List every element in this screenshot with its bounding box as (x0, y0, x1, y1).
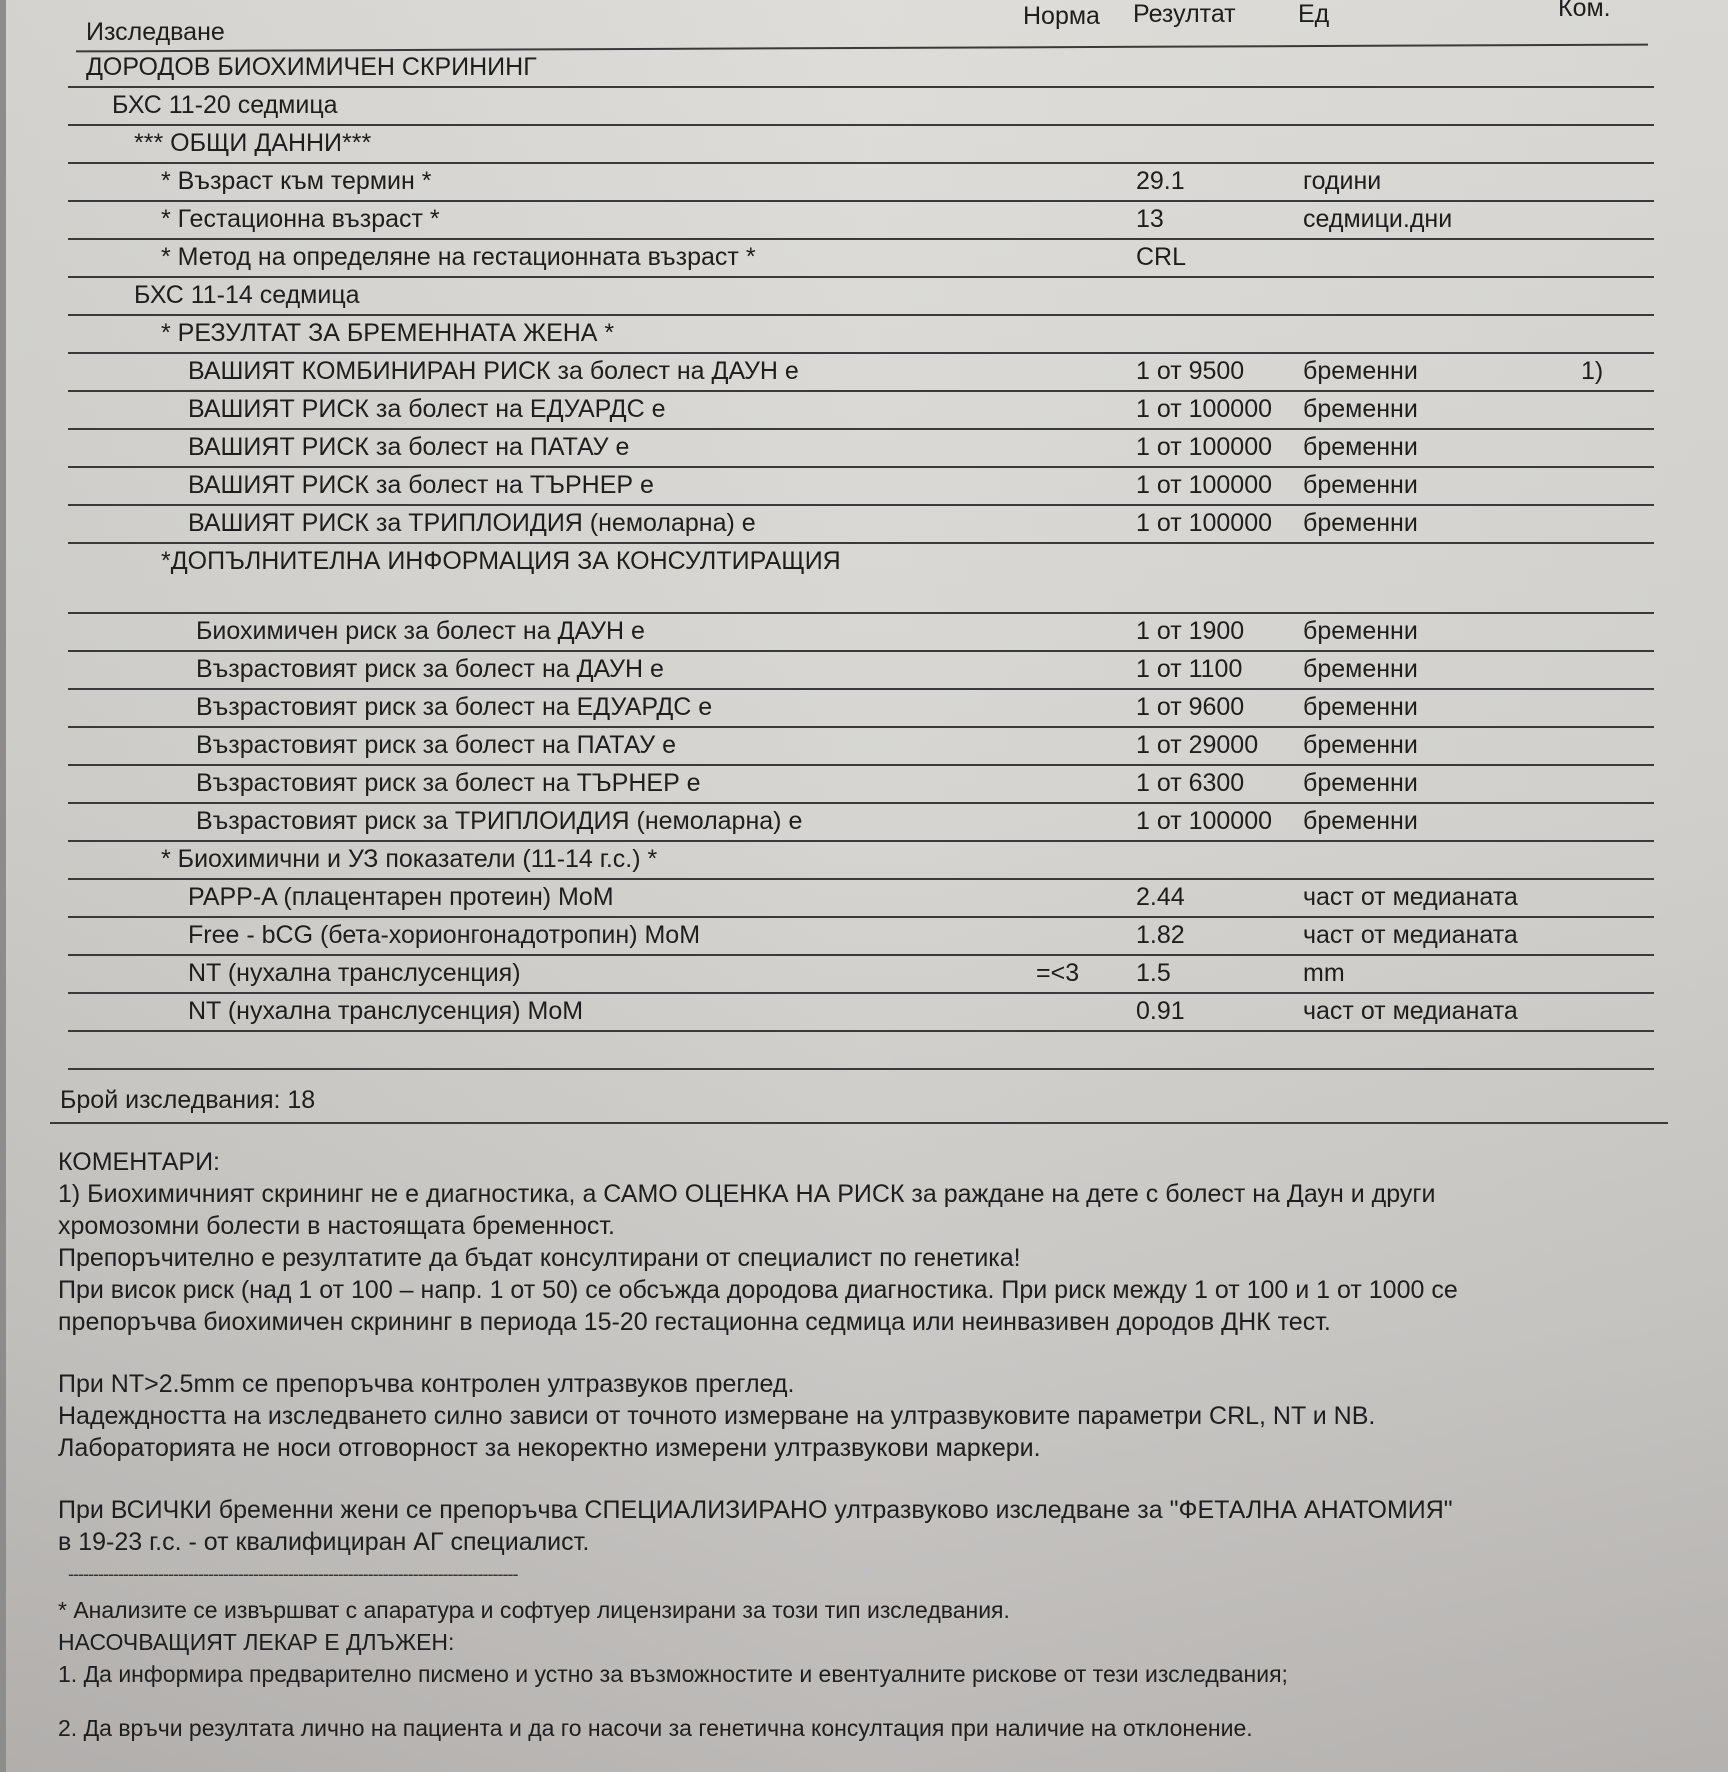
comments-section: КОМЕНТАРИ: 1) Биохимичният скрининг не е… (58, 1146, 1658, 1744)
row-result: 0.91 (1136, 997, 1185, 1026)
table-row: Free - bCG (бета-хорионгонадотропин) MoM… (6, 918, 1728, 956)
row-result: CRL (1136, 243, 1186, 272)
row-label: Възрастовият риск за болест на ПАТАУ е (196, 731, 676, 760)
row-label: Възрастовият риск за ТРИПЛОИДИЯ (немолар… (196, 807, 802, 836)
row-result: 1 от 1100 (1136, 655, 1242, 684)
row-comment: 1) (1581, 357, 1603, 386)
row-unit: бременни (1303, 395, 1418, 424)
row-label: ВАШИЯТ РИСК за ТРИПЛОИДИЯ (немоларна) е (188, 509, 756, 538)
row-norm: =<3 (1036, 959, 1079, 988)
table-row: *** ОБЩИ ДАННИ*** (6, 126, 1728, 164)
row-result: 1 от 9500 (1136, 357, 1244, 386)
col-header-norm: Норма (1023, 2, 1100, 31)
count-divider (50, 1122, 1668, 1124)
comment-line: НАСОЧВАЩИЯТ ЛЕКАР Е ДЛЪЖЕН: (58, 1626, 1658, 1658)
table-row: Възрастовият риск за ТРИПЛОИДИЯ (немолар… (6, 804, 1728, 842)
table-row: Възрастовият риск за болест на ЕДУАРДС е… (6, 690, 1728, 728)
row-label: * Възраст към термин * (161, 167, 431, 196)
table-row: ВАШИЯТ РИСК за болест на ТЪРНЕР е1 от 10… (6, 468, 1728, 506)
row-label: ВАШИЯТ РИСК за болест на ЕДУАРДС е (188, 395, 666, 424)
row-unit: години (1303, 167, 1381, 196)
row-unit: бременни (1303, 693, 1418, 722)
row-result: 2.44 (1136, 883, 1185, 912)
row-unit: част от медианата (1303, 883, 1518, 912)
table-row: ВАШИЯТ РИСК за болест на ЕДУАРДС е1 от 1… (6, 392, 1728, 430)
row-result: 1 от 100000 (1136, 509, 1272, 538)
table-row: * Възраст към термин *29.1години (6, 164, 1728, 202)
comments-footer: * Анализите се извършват с апаратура и с… (58, 1594, 1658, 1744)
row-label: БХС 11-14 седмица (134, 281, 360, 310)
row-label: PAPP-A (плацентарен протеин) MoM (188, 883, 614, 912)
col-header-test: Изследване (86, 18, 225, 47)
row-result: 1 от 6300 (1136, 769, 1244, 798)
table-row: ВАШИЯТ РИСК за ТРИПЛОИДИЯ (немоларна) е1… (6, 506, 1728, 544)
row-label: Възрастовият риск за болест на ТЪРНЕР е (196, 769, 701, 798)
test-count: Брой изследвания: 18 (60, 1086, 315, 1115)
row-unit: бременни (1303, 433, 1418, 462)
row-label: * Гестационна възраст * (161, 205, 440, 234)
row-result: 1 от 100000 (1136, 471, 1272, 500)
row-unit: бременни (1303, 769, 1418, 798)
row-label: NT (нухална транслусенция) (188, 959, 521, 988)
row-unit: бременни (1303, 731, 1418, 760)
comment-line: При ВСИЧКИ бременни жени се препоръчва С… (58, 1494, 1658, 1526)
row-unit: бременни (1303, 509, 1418, 538)
row-result: 1 от 29000 (1136, 731, 1258, 760)
row-divider (68, 1068, 1654, 1070)
row-label: ВАШИЯТ РИСК за болест на ПАТАУ е (188, 433, 629, 462)
table-row: PAPP-A (плацентарен протеин) MoM2.44част… (6, 880, 1728, 918)
comment-line: в 19-23 г.с. - от квалифициран АГ специа… (58, 1526, 1658, 1558)
table-row: *ДОПЪЛНИТЕЛНА ИНФОРМАЦИЯ ЗА КОНСУЛТИРАЩИ… (6, 544, 1728, 614)
table-row: * Гестационна възраст *13седмици.дни (6, 202, 1728, 240)
row-unit: бременни (1303, 655, 1418, 684)
table-row: Биохимичен риск за болест на ДАУН е1 от … (6, 614, 1728, 652)
col-header-unit: Ед (1298, 0, 1329, 29)
table-row: Възрастовият риск за болест на ТЪРНЕР е1… (6, 766, 1728, 804)
row-result: 1.82 (1136, 921, 1185, 950)
row-unit: бременни (1303, 471, 1418, 500)
row-label: * Биохимични и УЗ показатели (11-14 г.с.… (161, 845, 657, 874)
table-row: БХС 11-14 седмица (6, 278, 1728, 316)
row-result: 1 от 100000 (1136, 395, 1272, 424)
row-unit: седмици.дни (1303, 205, 1452, 234)
row-unit: mm (1303, 959, 1345, 988)
comment-line: препоръчва биохимичен скрининг в периода… (58, 1306, 1658, 1338)
row-label: *ДОПЪЛНИТЕЛНА ИНФОРМАЦИЯ ЗА КОНСУЛТИРАЩИ… (161, 547, 841, 576)
table-row: Възрастовият риск за болест на ПАТАУ е1 … (6, 728, 1728, 766)
row-result: 1 от 1900 (1136, 617, 1244, 646)
row-unit: бременни (1303, 807, 1418, 836)
row-label: *** ОБЩИ ДАННИ*** (134, 129, 371, 158)
comments-block-ultrasound: При NT>2.5mm се препоръчва контролен улт… (58, 1368, 1658, 1464)
comments-block-risk: 1) Биохимичният скрининг не е диагностик… (58, 1178, 1658, 1338)
row-unit: част от медианата (1303, 921, 1518, 950)
comment-line: хромозомни болести в настоящата бременно… (58, 1210, 1658, 1242)
row-label: Free - bCG (бета-хорионгонадотропин) MoM (188, 921, 700, 950)
comment-line: Препоръчително е резултатите да бъдат ко… (58, 1242, 1658, 1274)
row-result: 13 (1136, 205, 1164, 234)
table-row (6, 1032, 1728, 1070)
table-row: * РЕЗУЛТАТ ЗА БРЕМЕННАТА ЖЕНА * (6, 316, 1728, 354)
row-result: 29.1 (1136, 167, 1185, 196)
row-label: Възрастовият риск за болест на ЕДУАРДС е (196, 693, 712, 722)
row-result: 1 от 100000 (1136, 433, 1272, 462)
row-label: БХС 11-20 седмица (112, 91, 338, 120)
table-row: * Метод на определяне на гестационната в… (6, 240, 1728, 278)
table-row: ВАШИЯТ КОМБИНИРАН РИСК за болест на ДАУН… (6, 354, 1728, 392)
row-unit: бременни (1303, 357, 1418, 386)
comment-line: 1) Биохимичният скрининг не е диагностик… (58, 1178, 1658, 1210)
row-label: Биохимичен риск за болест на ДАУН е (196, 617, 645, 646)
comment-line: При NT>2.5mm се препоръчва контролен улт… (58, 1368, 1658, 1400)
comment-line: При висок риск (над 1 от 100 – напр. 1 о… (58, 1274, 1658, 1306)
table-row: ДОРОДОВ БИОХИМИЧЕН СКРИНИНГ (6, 50, 1728, 88)
table-row: NT (нухална транслусенция)=<31.5mm (6, 956, 1728, 994)
comment-line: * Анализите се извършват с апаратура и с… (58, 1594, 1658, 1626)
col-header-result: Резултат (1133, 0, 1236, 29)
row-label: * РЕЗУЛТАТ ЗА БРЕМЕННАТА ЖЕНА * (161, 319, 614, 348)
lab-report-page: Изследване Норма Резултат Ед Ком. ДОРОДО… (6, 0, 1728, 1772)
row-label: * Метод на определяне на гестационната в… (161, 243, 756, 272)
row-label: ВАШИЯТ РИСК за болест на ТЪРНЕР е (188, 471, 654, 500)
row-label: ВАШИЯТ КОМБИНИРАН РИСК за болест на ДАУН… (188, 357, 799, 386)
comment-line: Надеждността на изследването силно завис… (58, 1400, 1658, 1432)
row-result: 1 от 100000 (1136, 807, 1272, 836)
row-label: Възрастовият риск за болест на ДАУН е (196, 655, 664, 684)
row-result: 1 от 9600 (1136, 693, 1244, 722)
table-row: БХС 11-20 седмица (6, 88, 1728, 126)
col-header-comment: Ком. (1558, 0, 1611, 23)
row-result: 1.5 (1136, 959, 1171, 988)
comments-block-anatomy: При ВСИЧКИ бременни жени се препоръчва С… (58, 1494, 1658, 1558)
table-row: ВАШИЯТ РИСК за болест на ПАТАУ е1 от 100… (6, 430, 1728, 468)
comment-line: 1. Да информира предварително писмено и … (58, 1658, 1658, 1690)
row-unit: част от медианата (1303, 997, 1518, 1026)
row-label: NT (нухална транслусенция) MoM (188, 997, 583, 1026)
table-row: Възрастовият риск за болест на ДАУН е1 о… (6, 652, 1728, 690)
comments-title: КОМЕНТАРИ: (58, 1146, 1658, 1178)
row-label: ДОРОДОВ БИОХИМИЧЕН СКРИНИНГ (86, 53, 537, 82)
row-unit: бременни (1303, 617, 1418, 646)
comment-line: 2. Да връчи резултата лично на пациента … (58, 1712, 1658, 1744)
table-row: * Биохимични и УЗ показатели (11-14 г.с.… (6, 842, 1728, 880)
table-row: NT (нухална транслусенция) MoM0.91част о… (6, 994, 1728, 1032)
comment-line: Лабораторията не носи отговорност за нек… (58, 1432, 1658, 1464)
separator-line: ----------------------------------------… (68, 1558, 1658, 1590)
